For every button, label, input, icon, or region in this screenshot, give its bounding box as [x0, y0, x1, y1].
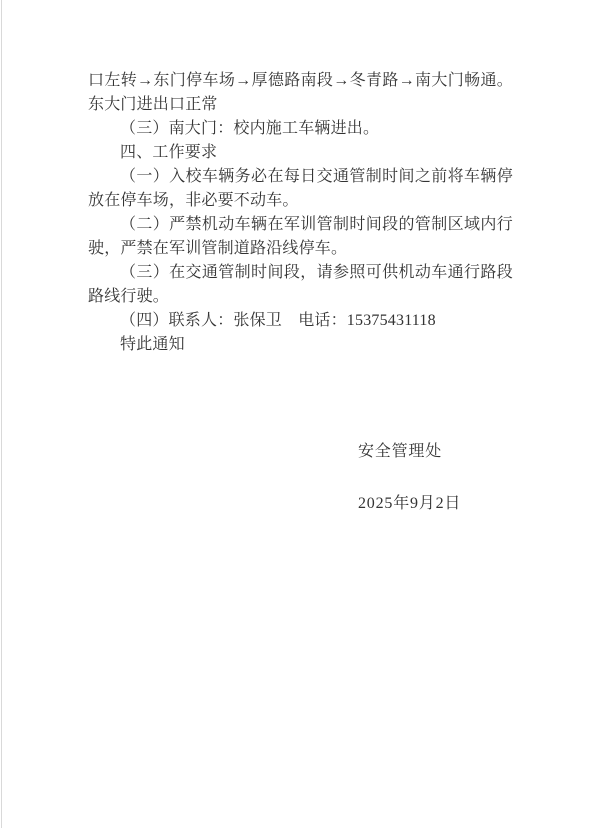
body-line: （二）严禁机动车辆在军训管制时间段的管制区域内行	[88, 213, 513, 237]
contact-line: （四）联系人：张保卫 电话：15375431118	[88, 309, 513, 333]
signature-date: 2025年9月2日	[358, 492, 461, 516]
body-line: （一）入校车辆务必在每日交通管制时间之前将车辆停	[88, 165, 513, 189]
body-line: （三）在交通管制时间段，请参照可供机动车通行路段	[88, 261, 513, 285]
body-line: 口左转→东门停车场→厚德路南段→冬青路→南大门畅通。	[88, 69, 513, 93]
body-line: （三）南大门：校内施工车辆进出。	[88, 117, 513, 141]
section-heading: 四、工作要求	[88, 141, 513, 165]
document-body: 口左转→东门停车场→厚德路南段→冬青路→南大门畅通。 东大门进出口正常 （三）南…	[88, 69, 513, 357]
document-page: 口左转→东门停车场→厚德路南段→冬青路→南大门畅通。 东大门进出口正常 （三）南…	[0, 0, 589, 828]
body-line: 驶，严禁在军训管制道路沿线停车。	[88, 237, 513, 261]
page-left-edge-line	[1, 0, 2, 828]
body-line: 东大门进出口正常	[88, 93, 513, 117]
body-line: 路线行驶。	[88, 285, 513, 309]
body-line: 放在停车场，非必要不动车。	[88, 189, 513, 213]
signature-signer: 安全管理处	[358, 440, 442, 464]
notice-closing-line: 特此通知	[88, 333, 513, 357]
